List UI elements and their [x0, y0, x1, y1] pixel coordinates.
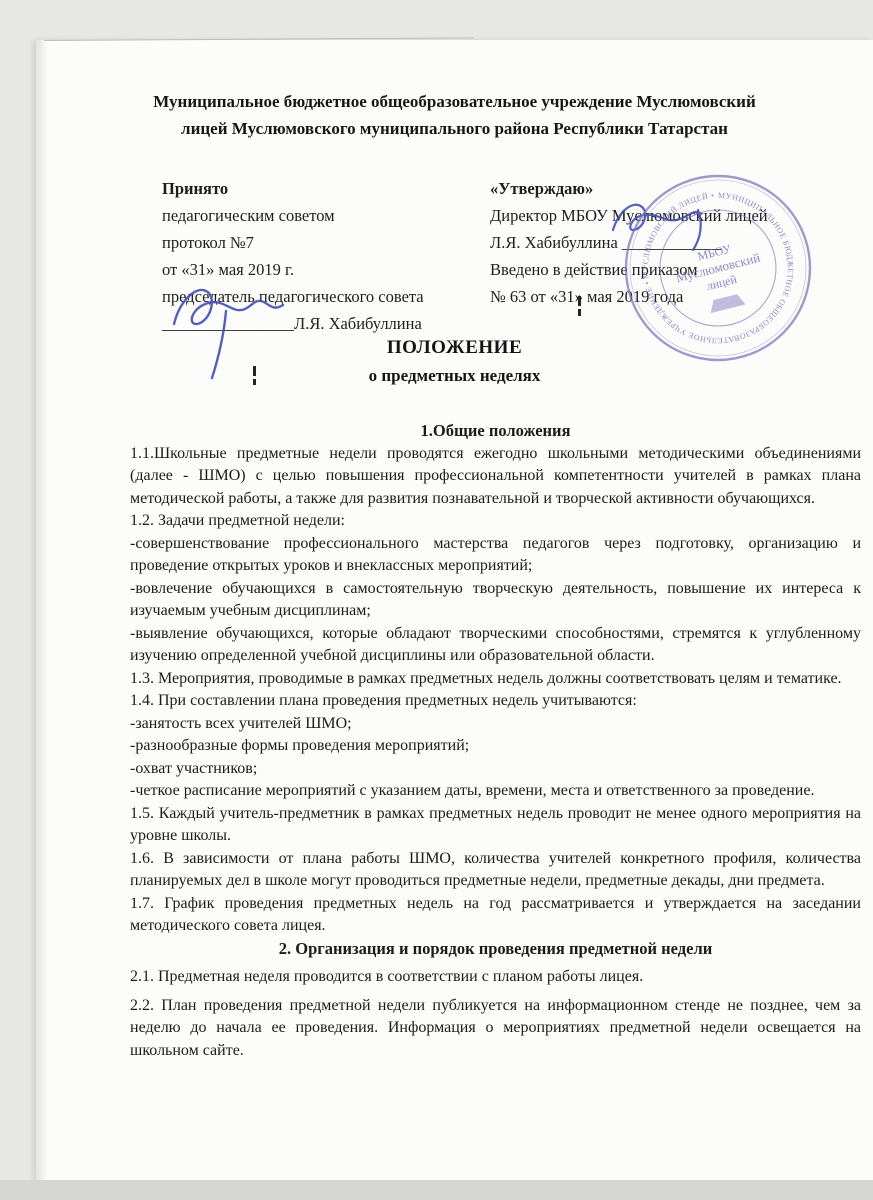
approved-line: № 63 от «31» мая 2019 года [490, 283, 768, 310]
document-title-block: ПОЛОЖЕНИЕ о предметных неделях [36, 337, 873, 387]
approved-title: «Утверждаю» [490, 175, 768, 202]
accepted-line: педагогическим советом [162, 202, 490, 229]
document-header: Муниципальное бюджетное общеобразователь… [105, 88, 805, 142]
section-2-heading: 2. Организация и порядок проведения пред… [130, 938, 861, 961]
paragraph-1-1: 1.1.Школьные предметные недели проводятс… [130, 443, 861, 511]
paragraph-1-5: 1.5. Каждый учитель-предметник в рамках … [130, 803, 861, 848]
accepted-line: председатель педагогического совета [162, 283, 490, 310]
signature-underscores: ________________ [162, 314, 294, 333]
signature-underscores: ____________ [622, 233, 721, 252]
header-line-1: Муниципальное бюджетное общеобразователь… [105, 88, 805, 115]
bullet-item: -разнообразные формы проведения мероприя… [130, 735, 861, 758]
bullet-item: -выявление обучающихся, которые обладают… [130, 623, 861, 668]
paragraph-1-3: 1.3. Мероприятия, проводимые в рамках пр… [130, 668, 861, 691]
document-page: Муниципальное бюджетное общеобразователь… [36, 40, 873, 1180]
section-1-heading: 1.Общие положения [130, 420, 861, 443]
accepted-signer-name: Л.Я. Хабибуллина [294, 314, 422, 333]
accepted-line: от «31» мая 2019 г. [162, 256, 490, 283]
bullet-item: -занятость всех учителей ШМО; [130, 713, 861, 736]
paragraph-2-2: 2.2. План проведения предметной недели п… [130, 995, 861, 1063]
bullet-item: -четкое расписание мероприятий с указани… [130, 780, 861, 803]
document-body: 1.Общие положения 1.1.Школьные предметны… [130, 420, 861, 1062]
paragraph-2-1: 2.1. Предметная неделя проводится в соот… [130, 966, 861, 989]
accepted-signature-line: ________________Л.Я. Хабибуллина [162, 310, 490, 337]
approved-signer-name: Л.Я. Хабибуллина [490, 233, 618, 252]
scan-artifact-mark [253, 366, 256, 385]
accepted-line: протокол №7 [162, 229, 490, 256]
paragraph-1-2: 1.2. Задачи предметной недели: [130, 510, 861, 533]
bullet-item: -совершенствование профессионального мас… [130, 533, 861, 578]
scan-artifact-mark [578, 296, 581, 316]
approved-block: «Утверждаю» Директор МБОУ Муслюмовский л… [490, 175, 768, 337]
paragraph-1-7: 1.7. График проведения предметных недель… [130, 893, 861, 938]
scanned-document: { "header": { "line1": "Муниципальное бю… [0, 0, 873, 1200]
scan-edge-line [44, 37, 474, 41]
bullet-item: -охват участников; [130, 758, 861, 781]
accepted-block: Принято педагогическим советом протокол … [162, 175, 490, 337]
accepted-title: Принято [162, 175, 490, 202]
approved-signature-line: Л.Я. Хабибуллина ____________ [490, 229, 768, 256]
scan-bottom-edge [0, 1180, 873, 1200]
bullet-item: -вовлечение обучающихся в самостоятельну… [130, 578, 861, 623]
approval-blocks: Принято педагогическим советом протокол … [162, 175, 873, 337]
scan-left-shadow [36, 40, 48, 1180]
paragraph-1-6: 1.6. В зависимости от плана работы ШМО, … [130, 848, 861, 893]
header-line-2: лицей Муслюмовского муниципального район… [105, 115, 805, 142]
approved-line: Директор МБОУ Муслюмовский лицей [490, 202, 768, 229]
approved-line: Введено в действие приказом [490, 256, 768, 283]
document-subtitle: о предметных неделях [36, 365, 873, 387]
document-title: ПОЛОЖЕНИЕ [36, 337, 873, 359]
paragraph-1-4: 1.4. При составлении плана проведения пр… [130, 690, 861, 713]
